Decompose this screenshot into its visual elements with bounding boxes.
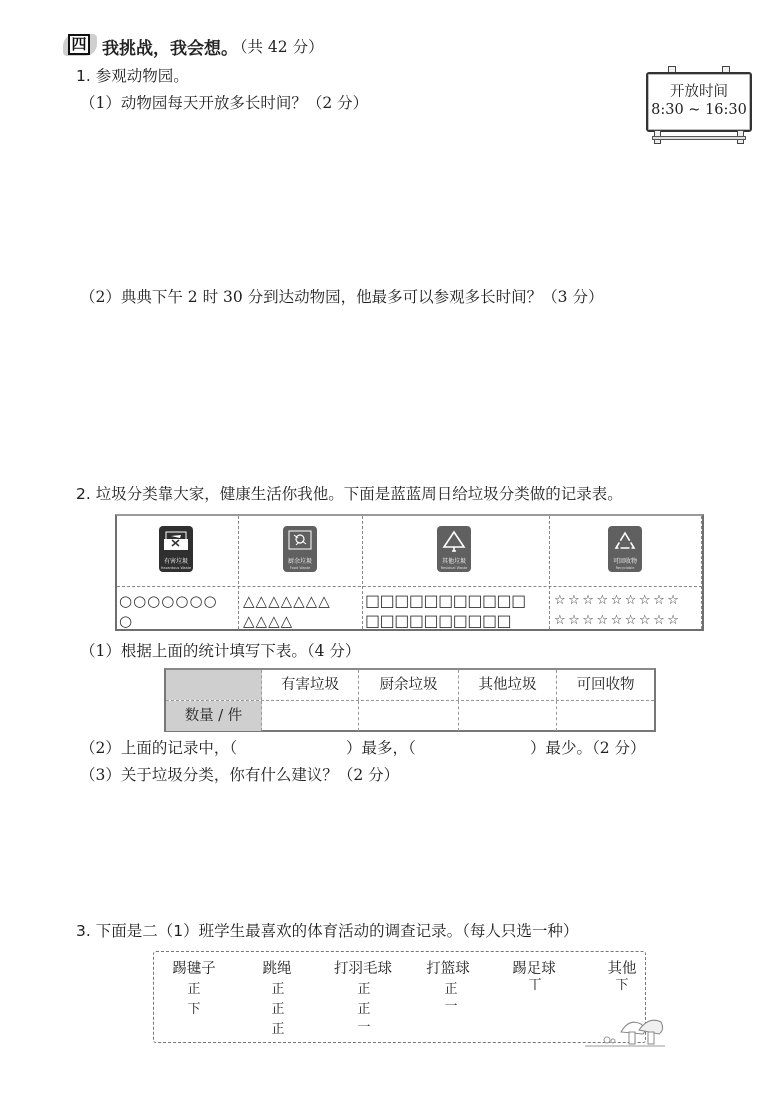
recyclable-marks-row2: ☆☆☆☆☆☆☆☆☆ — [554, 610, 681, 632]
tally: 正 — [349, 978, 379, 997]
count-header-hazardous: 有害垃圾 — [262, 670, 359, 700]
tally: 下 — [607, 974, 637, 993]
section-title: 我挑战，我会想。 — [102, 34, 238, 59]
q2-sub2-part2: ）最多，（ — [346, 738, 416, 758]
tally: 丅 — [520, 974, 550, 993]
waste-record-table: 有害垃圾 Hazardous Waste ○○○○○○○ ○ 厨余垃圾 Food… — [115, 514, 704, 631]
count-input-hazardous[interactable] — [262, 701, 359, 731]
count-input-recyclable[interactable] — [557, 701, 654, 731]
record-col-recyclable: 可回收物 Recyclable ☆☆☆☆☆☆☆☆☆ ☆☆☆☆☆☆☆☆☆ — [550, 516, 702, 629]
q2-sub2-part1: （2）上面的记录中，（ — [80, 738, 237, 758]
residual-waste-icon: 其他垃圾 Residual Waste — [437, 526, 471, 572]
sign-title: 开放时间 — [646, 80, 752, 101]
q2-sub3-answer-area[interactable] — [80, 790, 700, 910]
q1-sub2: （2）典典下午 2 时 30 分到达动物园，他最多可以参观多长时间？（3 分） — [80, 287, 603, 307]
tally: 一 — [349, 1016, 379, 1035]
survey-head-basketball: 打篮球 — [422, 957, 474, 978]
q1-sub1-answer-area[interactable] — [80, 118, 620, 278]
q2-sub1: （1）根据上面的统计填写下表。（4 分） — [80, 641, 360, 661]
section-number: 四 — [68, 34, 90, 55]
q3-title: 3. 下面是二（1）班学生最喜欢的体育活动的调查记录。（每人只选一种） — [76, 921, 578, 941]
count-table-corner — [166, 670, 262, 700]
food-marks-row1: △△△△△△△ — [243, 590, 331, 612]
tally: 正 — [179, 978, 209, 997]
count-input-residual[interactable] — [459, 701, 557, 731]
survey-head-jianzi: 踢毽子 — [168, 957, 220, 978]
q1-sub2-answer-area[interactable] — [80, 312, 700, 477]
food-marks-row2: △△△△ — [243, 610, 293, 632]
tally: 正 — [263, 978, 293, 997]
tally: 一 — [436, 995, 466, 1014]
hazardous-marks-row1: ○○○○○○○ — [119, 590, 218, 612]
record-col-residual: 其他垃圾 Residual Waste □□□□□□□□□□□ □□□□□□□□… — [363, 516, 550, 629]
food-waste-icon: 厨余垃圾 Food Waste — [283, 526, 317, 572]
survey-head-badminton: 打羽毛球 — [330, 957, 396, 978]
count-header-food: 厨余垃圾 — [359, 670, 459, 700]
tally: 正 — [349, 998, 379, 1017]
count-header-residual: 其他垃圾 — [459, 670, 557, 700]
hazardous-marks-row2: ○ — [119, 610, 133, 632]
residual-marks-row2: □□□□□□□□□□ — [365, 610, 511, 632]
section-badge: 四 — [63, 32, 97, 58]
q2-sub3: （3）关于垃圾分类，你有什么建议？（2 分） — [80, 765, 399, 785]
most-blank[interactable] — [246, 738, 346, 758]
recyclable-icon: 可回收物 Recyclable — [608, 526, 642, 572]
sign-hours: 8:30 ~ 16:30 — [646, 102, 752, 118]
opening-hours-sign: 开放时间 8:30 ~ 16:30 — [646, 66, 752, 146]
section-score: （共 42 分） — [232, 35, 324, 57]
record-col-hazardous: 有害垃圾 Hazardous Waste ○○○○○○○ ○ — [117, 516, 239, 629]
recyclable-marks-row1: ☆☆☆☆☆☆☆☆☆ — [554, 590, 681, 612]
record-col-food: 厨余垃圾 Food Waste △△△△△△△ △△△△ — [239, 516, 363, 629]
q2-title: 2. 垃圾分类靠大家，健康生活你我他。下面是蓝蓝周日给垃圾分类做的记录表。 — [76, 484, 623, 504]
count-table: 有害垃圾 厨余垃圾 其他垃圾 可回收物 数量 / 件 — [164, 668, 656, 732]
survey-head-rope: 跳绳 — [257, 957, 297, 978]
q2-sub2-part3: ）最少。（2 分） — [530, 738, 646, 758]
least-blank[interactable] — [430, 738, 530, 758]
hazardous-waste-icon: 有害垃圾 Hazardous Waste — [159, 526, 193, 572]
tally: 正 — [263, 1018, 293, 1037]
residual-marks-row1: □□□□□□□□□□□ — [365, 590, 526, 612]
tally: 正 — [263, 998, 293, 1017]
survey-box: 踢毽子 跳绳 打羽毛球 打篮球 踢足球 其他 正 下 正 正 正 正 正 一 正… — [153, 951, 646, 1043]
mushroom-decoration-icon — [585, 1010, 665, 1048]
count-input-food[interactable] — [359, 701, 459, 731]
count-header-recyclable: 可回收物 — [557, 670, 654, 700]
count-row-label: 数量 / 件 — [166, 701, 262, 731]
tally: 下 — [179, 998, 209, 1017]
q1-sub1: （1）动物园每天开放多长时间？（2 分） — [80, 93, 368, 113]
q1-title: 1. 参观动物园。 — [76, 66, 189, 86]
